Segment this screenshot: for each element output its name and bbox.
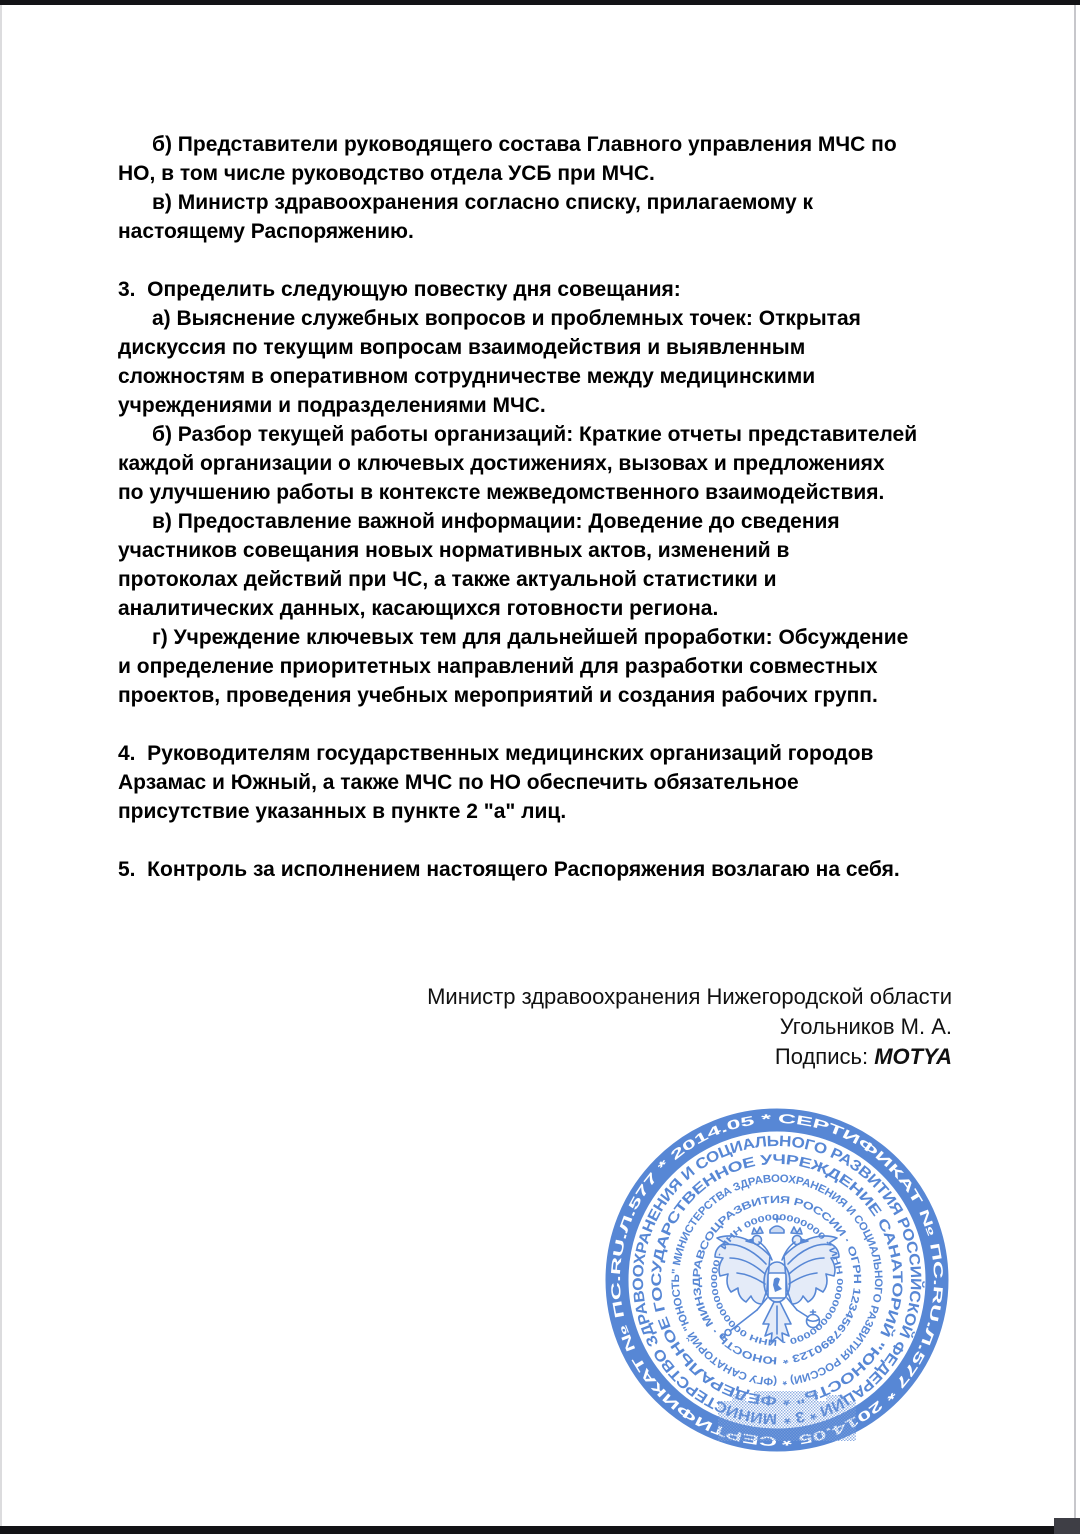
signature-title: Министр здравоохранения Нижегородской об… xyxy=(427,982,952,1012)
text-line: по улучшению работы в контексте межведом… xyxy=(118,478,958,507)
text-line: 4. Руководителям государственных медицин… xyxy=(118,739,958,768)
text-line: Арзамас и Южный, а также МЧС по НО обесп… xyxy=(118,768,958,797)
signature-sign-value: MOTYA xyxy=(874,1044,952,1069)
text-line: настоящему Распоряжению. xyxy=(118,217,958,246)
text-line: проектов, проведения учебных мероприятий… xyxy=(118,681,958,710)
paragraph: 4. Руководителям государственных медицин… xyxy=(118,739,958,826)
paragraph: г) Учреждение ключевых тем для дальнейше… xyxy=(118,623,958,710)
page-right-edge xyxy=(1074,5,1076,1526)
paragraph: б) Разбор текущей работы организаций: Кр… xyxy=(118,420,958,507)
text-line: каждой организации о ключевых достижения… xyxy=(118,449,958,478)
document-page: б) Представители руководящего состава Гл… xyxy=(0,0,1080,1534)
text-line: дискуссия по текущим вопросам взаимодейс… xyxy=(118,333,958,362)
signature-block: Министр здравоохранения Нижегородской об… xyxy=(427,982,952,1072)
paragraph: в) Министр здравоохранения согласно спис… xyxy=(118,188,958,246)
page-left-edge xyxy=(0,5,2,1526)
official-stamp: СЕРТИФИКАТ № ПС.RU.Л.577 * 2014.05 * СЕР… xyxy=(604,1107,950,1453)
scrollbar-corner[interactable] xyxy=(1054,1518,1080,1534)
text-line: присутствие указанных в пункте 2 "а" лиц… xyxy=(118,797,958,826)
signature-name: Угольников М. А. xyxy=(427,1012,952,1042)
text-line: и определение приоритетных направлений д… xyxy=(118,652,958,681)
text-line: 5. Контроль за исполнением настоящего Ра… xyxy=(118,855,958,884)
text-line: г) Учреждение ключевых тем для дальнейше… xyxy=(118,623,958,652)
paragraph: б) Представители руководящего состава Гл… xyxy=(118,130,958,188)
text-line: в) Предоставление важной информации: Дов… xyxy=(118,507,958,536)
signature-sign-label: Подпись: xyxy=(775,1044,874,1069)
text-line: участников совещания новых нормативных а… xyxy=(118,536,958,565)
text-line: в) Министр здравоохранения согласно спис… xyxy=(118,188,958,217)
stamp-dither-block xyxy=(718,1391,856,1441)
text-line: учреждениями и подразделениями МЧС. xyxy=(118,391,958,420)
text-line: НО, в том числе руководство отдела УСБ п… xyxy=(118,159,958,188)
text-line: а) Выяснение служебных вопросов и пробле… xyxy=(118,304,958,333)
text-line: сложностям в оперативном сотрудничестве … xyxy=(118,362,958,391)
text-line: 3. Определить следующую повестку дня сов… xyxy=(118,275,958,304)
page-bottom-border xyxy=(0,1526,1080,1534)
paragraph: в) Предоставление важной информации: Дов… xyxy=(118,507,958,623)
text-line: аналитических данных, касающихся готовно… xyxy=(118,594,958,623)
text-line: протоколах действий при ЧС, а также акту… xyxy=(118,565,958,594)
paragraph: 5. Контроль за исполнением настоящего Ра… xyxy=(118,855,958,884)
paragraph: 3. Определить следующую повестку дня сов… xyxy=(118,275,958,304)
signature-sign-line: Подпись: MOTYA xyxy=(427,1042,952,1072)
page-top-border xyxy=(0,0,1080,5)
document-body: б) Представители руководящего состава Гл… xyxy=(118,130,958,884)
text-line: б) Представители руководящего состава Гл… xyxy=(118,130,958,159)
paragraph: а) Выяснение служебных вопросов и пробле… xyxy=(118,304,958,420)
text-line: б) Разбор текущей работы организаций: Кр… xyxy=(118,420,958,449)
